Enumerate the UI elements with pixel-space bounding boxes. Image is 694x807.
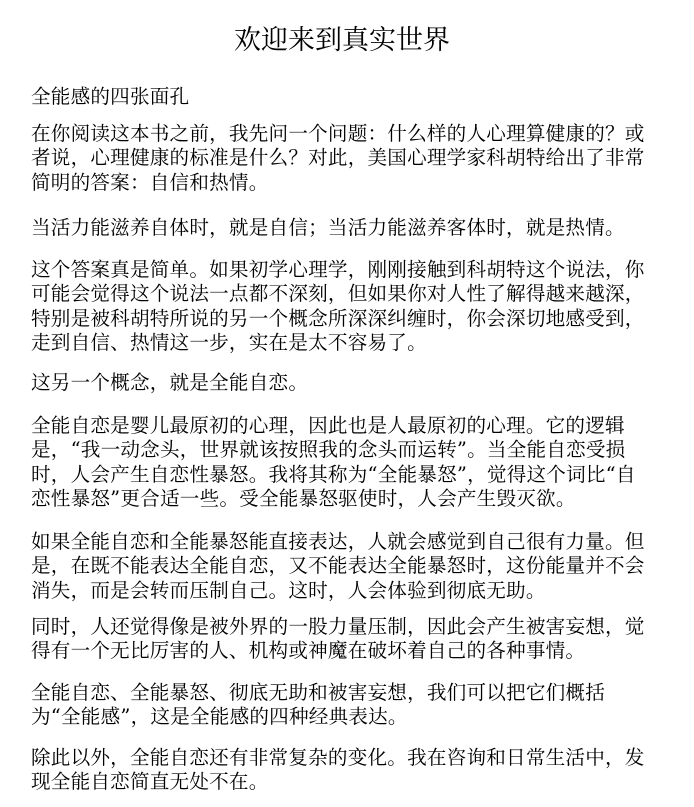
paragraph: 全能自恋、全能暴怒、彻底无助和被害妄想，我们可以把它们概括为“全能感”，这是全能…: [31, 681, 653, 730]
paragraph: 同时，人还觉得像是被外界的一股力量压制，因此会产生被害妄想，觉得有一个无比厉害的…: [31, 615, 653, 664]
section-heading: 全能感的四张面孔: [31, 85, 653, 109]
paragraph: 除此以外，全能自恋还有非常复杂的变化。我在咨询和日常生活中，发现全能自恋简直无处…: [31, 746, 653, 795]
paragraph: 全能自恋是婴儿最原初的心理，因此也是人最原初的心理。它的逻辑是，“我一动念头，世…: [31, 414, 653, 511]
paragraph: 这个答案真是简单。如果初学心理学，刚刚接触到科胡特这个说法，你可能会觉得这个说法…: [31, 258, 653, 355]
paragraph: 这另一个概念，就是全能自恋。: [31, 371, 653, 395]
document-title: 欢迎来到真实世界: [31, 24, 653, 58]
paragraph: 如果全能自恋和全能暴怒能直接表达，人就会感觉到自己很有力量。但是，在既不能表达全…: [31, 530, 653, 603]
paragraph: 当活力能滋养自体时，就是自信；当活力能滋养客体时，就是热情。: [31, 216, 653, 240]
paragraph: 在你阅读这本书之前，我先问一个问题：什么样的人心理算健康的？或者说，心理健康的标…: [31, 122, 653, 195]
